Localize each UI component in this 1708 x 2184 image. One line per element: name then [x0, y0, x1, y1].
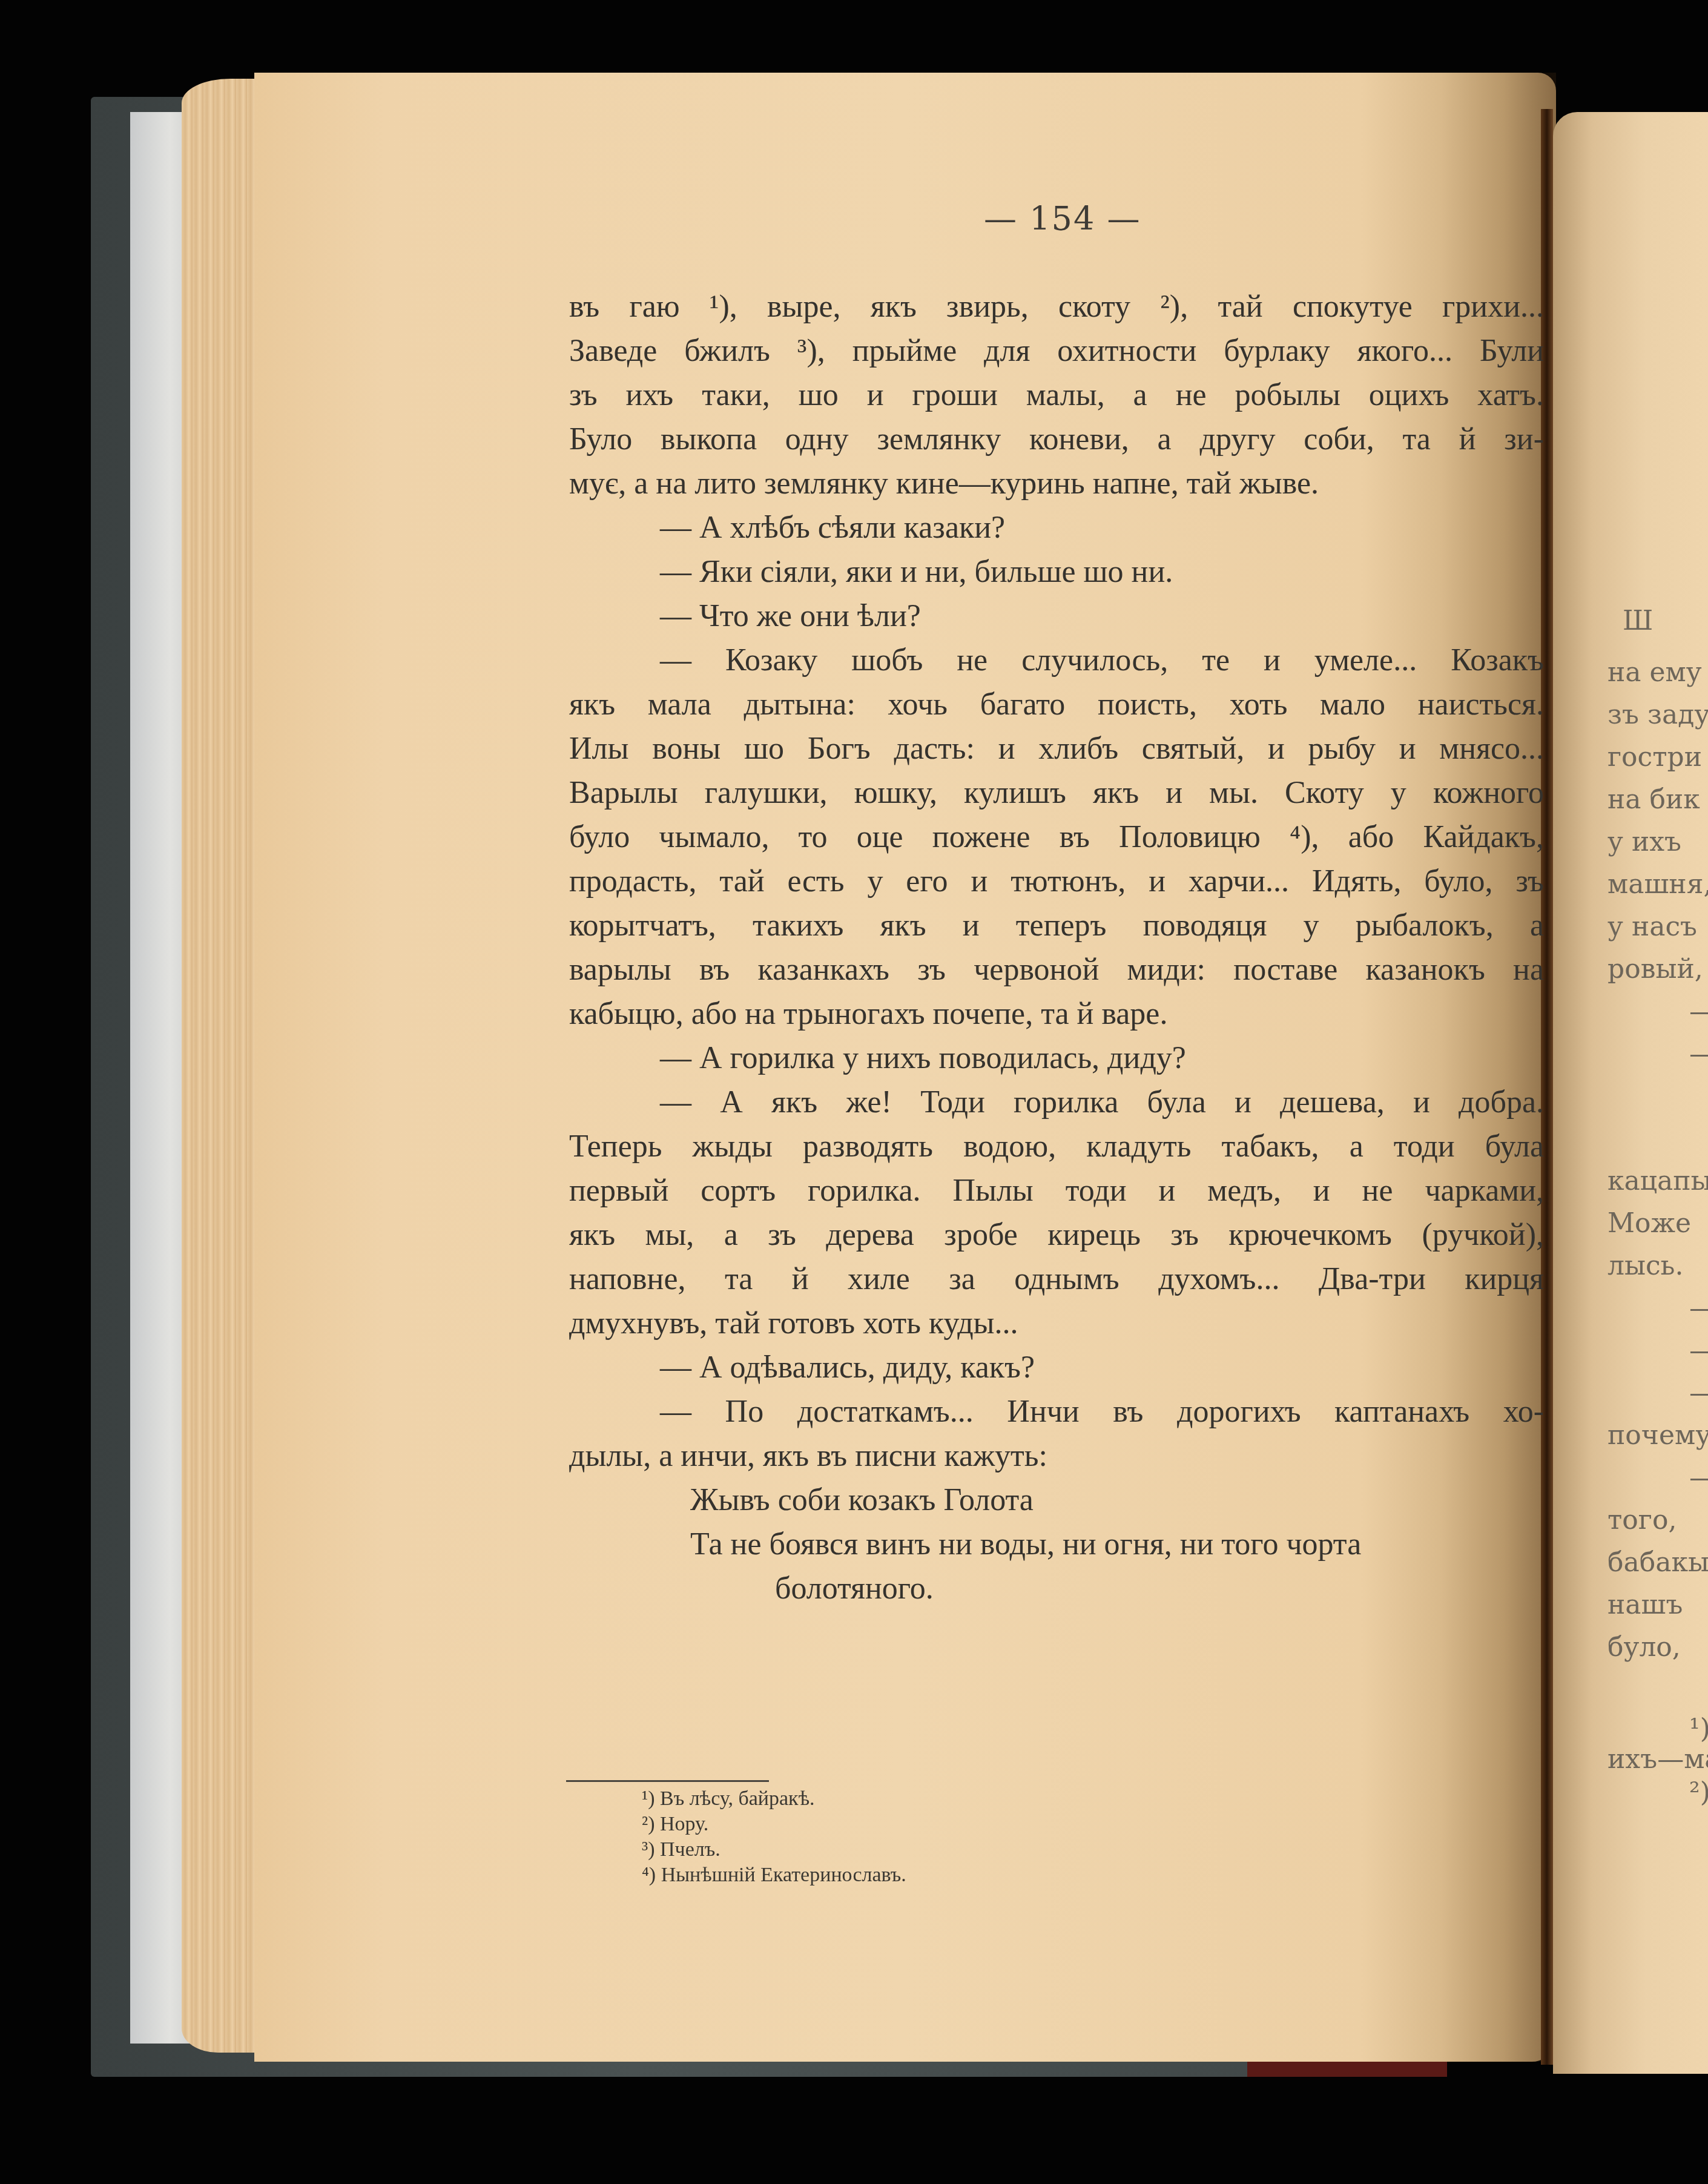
footnote: ⁴) Нынѣшній Екатеринославъ.	[642, 1862, 906, 1888]
text-line: варылы въ казанкахъ зъ червоной миди: по…	[569, 948, 1544, 992]
text-line: кабыцю, або на трыногахъ почепе, та й ва…	[569, 992, 1544, 1036]
right-page-line: машня,	[1607, 869, 1708, 900]
text-line: болотяного.	[569, 1566, 1544, 1611]
right-page-line: у ихъ	[1607, 826, 1681, 857]
right-page-line: гостри	[1607, 742, 1702, 773]
page-number: — 154 —	[984, 200, 1141, 238]
right-page-line: Ш	[1623, 605, 1653, 636]
right-page-line: ихъ—ма	[1607, 1744, 1708, 1775]
text-line: якъ мала дытына: хочь багато поисть, хот…	[569, 682, 1544, 727]
text-line: продасть, тай есть у его и тютюнъ, и хар…	[569, 859, 1544, 903]
text-line: Варылы галушки, юшку, кулишъ якъ и мы. С…	[569, 771, 1544, 815]
text-line: первый сортъ горилка. Пылы тоди и медъ, …	[569, 1169, 1544, 1213]
right-page-line: ¹)	[1689, 1714, 1708, 1744]
right-page-line: бабакы	[1607, 1547, 1708, 1578]
text-line: якъ мы, а зъ дерева зробе кирець зъ крюч…	[569, 1213, 1544, 1257]
text-line: дылы, а инчи, якъ въ писни кажуть:	[569, 1434, 1544, 1478]
text-line: — Яки сіяли, яки и ни, бильше шо ни.	[569, 550, 1544, 594]
right-page-line: —	[1689, 1038, 1708, 1069]
right-page-line: —	[1689, 1293, 1708, 1324]
right-page-line: того,	[1607, 1505, 1677, 1536]
text-line: — А якъ же! Тоди горилка була и дешева, …	[569, 1080, 1544, 1124]
right-page-line: ровый,	[1607, 954, 1703, 985]
text-line: було чымало, то оце пожене въ Половицю ⁴…	[569, 815, 1544, 859]
right-page-line: Може	[1607, 1208, 1691, 1239]
footnote-divider	[566, 1780, 769, 1782]
text-line: наповне, та й хиле за однымъ духомъ... Д…	[569, 1257, 1544, 1301]
right-page-line: ²)	[1689, 1777, 1708, 1808]
right-page-line: —	[1689, 1462, 1708, 1493]
footnote: ³) Пчелъ.	[642, 1837, 906, 1862]
right-page-line: —	[1689, 1377, 1708, 1408]
right-page	[1553, 112, 1708, 2074]
text-line: — А хлѣбъ сѣяли казаки?	[569, 506, 1544, 550]
text-line: Теперь жыды разводять водою, кладуть таб…	[569, 1124, 1544, 1169]
footnote: ²) Нору.	[642, 1812, 906, 1837]
right-page-line: нашъ	[1607, 1589, 1683, 1620]
right-page-line: зъ заду	[1607, 699, 1708, 730]
text-line: Було выкопа одну землянку коневи, а друг…	[569, 417, 1544, 461]
right-page-line: кацапы	[1607, 1166, 1708, 1196]
text-line: въ гаю ¹), выре, якъ звирь, скоту ²), та…	[569, 285, 1544, 329]
text-line: — Козаку шобъ не случилось, те и умеле..…	[569, 638, 1544, 682]
text-line: — Что же они ѣли?	[569, 594, 1544, 638]
text-line: зъ ихъ таки, шо и гроши малы, а не робыл…	[569, 373, 1544, 417]
footnote: ¹) Въ лѣсу, байракѣ.	[642, 1786, 906, 1812]
right-page-line: лысь.	[1607, 1250, 1684, 1281]
text-line: Та не боявся винъ ни воды, ни огня, ни т…	[569, 1522, 1544, 1566]
text-line: дмухнувъ, тай готовъ хоть куды...	[569, 1301, 1544, 1345]
right-page-line: у насъ	[1607, 911, 1697, 942]
text-line: мує, а на лито землянку кине—куринь напн…	[569, 461, 1544, 506]
footnotes: ¹) Въ лѣсу, байракѣ.²) Нору.³) Пчелъ.⁴) …	[642, 1786, 906, 1888]
text-line: Жывъ соби козакъ Голота	[569, 1478, 1544, 1522]
right-page-line: було,	[1607, 1632, 1681, 1663]
text-line: — А горилка у нихъ поводилась, диду?	[569, 1036, 1544, 1080]
right-page-line: —	[1689, 996, 1708, 1027]
text-line: Заведе бжилъ ³), прыйме для охитности бу…	[569, 329, 1544, 373]
text-line: — А одѣвались, диду, какъ?	[569, 1345, 1544, 1390]
right-page-line: на бик	[1607, 784, 1700, 815]
right-page-line: —	[1689, 1335, 1708, 1366]
text-line: Илы воны шо Богъ дасть: и хлибъ святый, …	[569, 727, 1544, 771]
right-page-line: на ему	[1607, 657, 1702, 688]
right-page-line: почему	[1607, 1420, 1708, 1451]
text-line: — По достаткамъ... Инчи въ дорогихъ капт…	[569, 1390, 1544, 1434]
text-line: корытчатъ, такихъ якъ и теперъ поводяця …	[569, 903, 1544, 948]
page-body-text: въ гаю ¹), выре, якъ звирь, скоту ²), та…	[569, 285, 1544, 1611]
